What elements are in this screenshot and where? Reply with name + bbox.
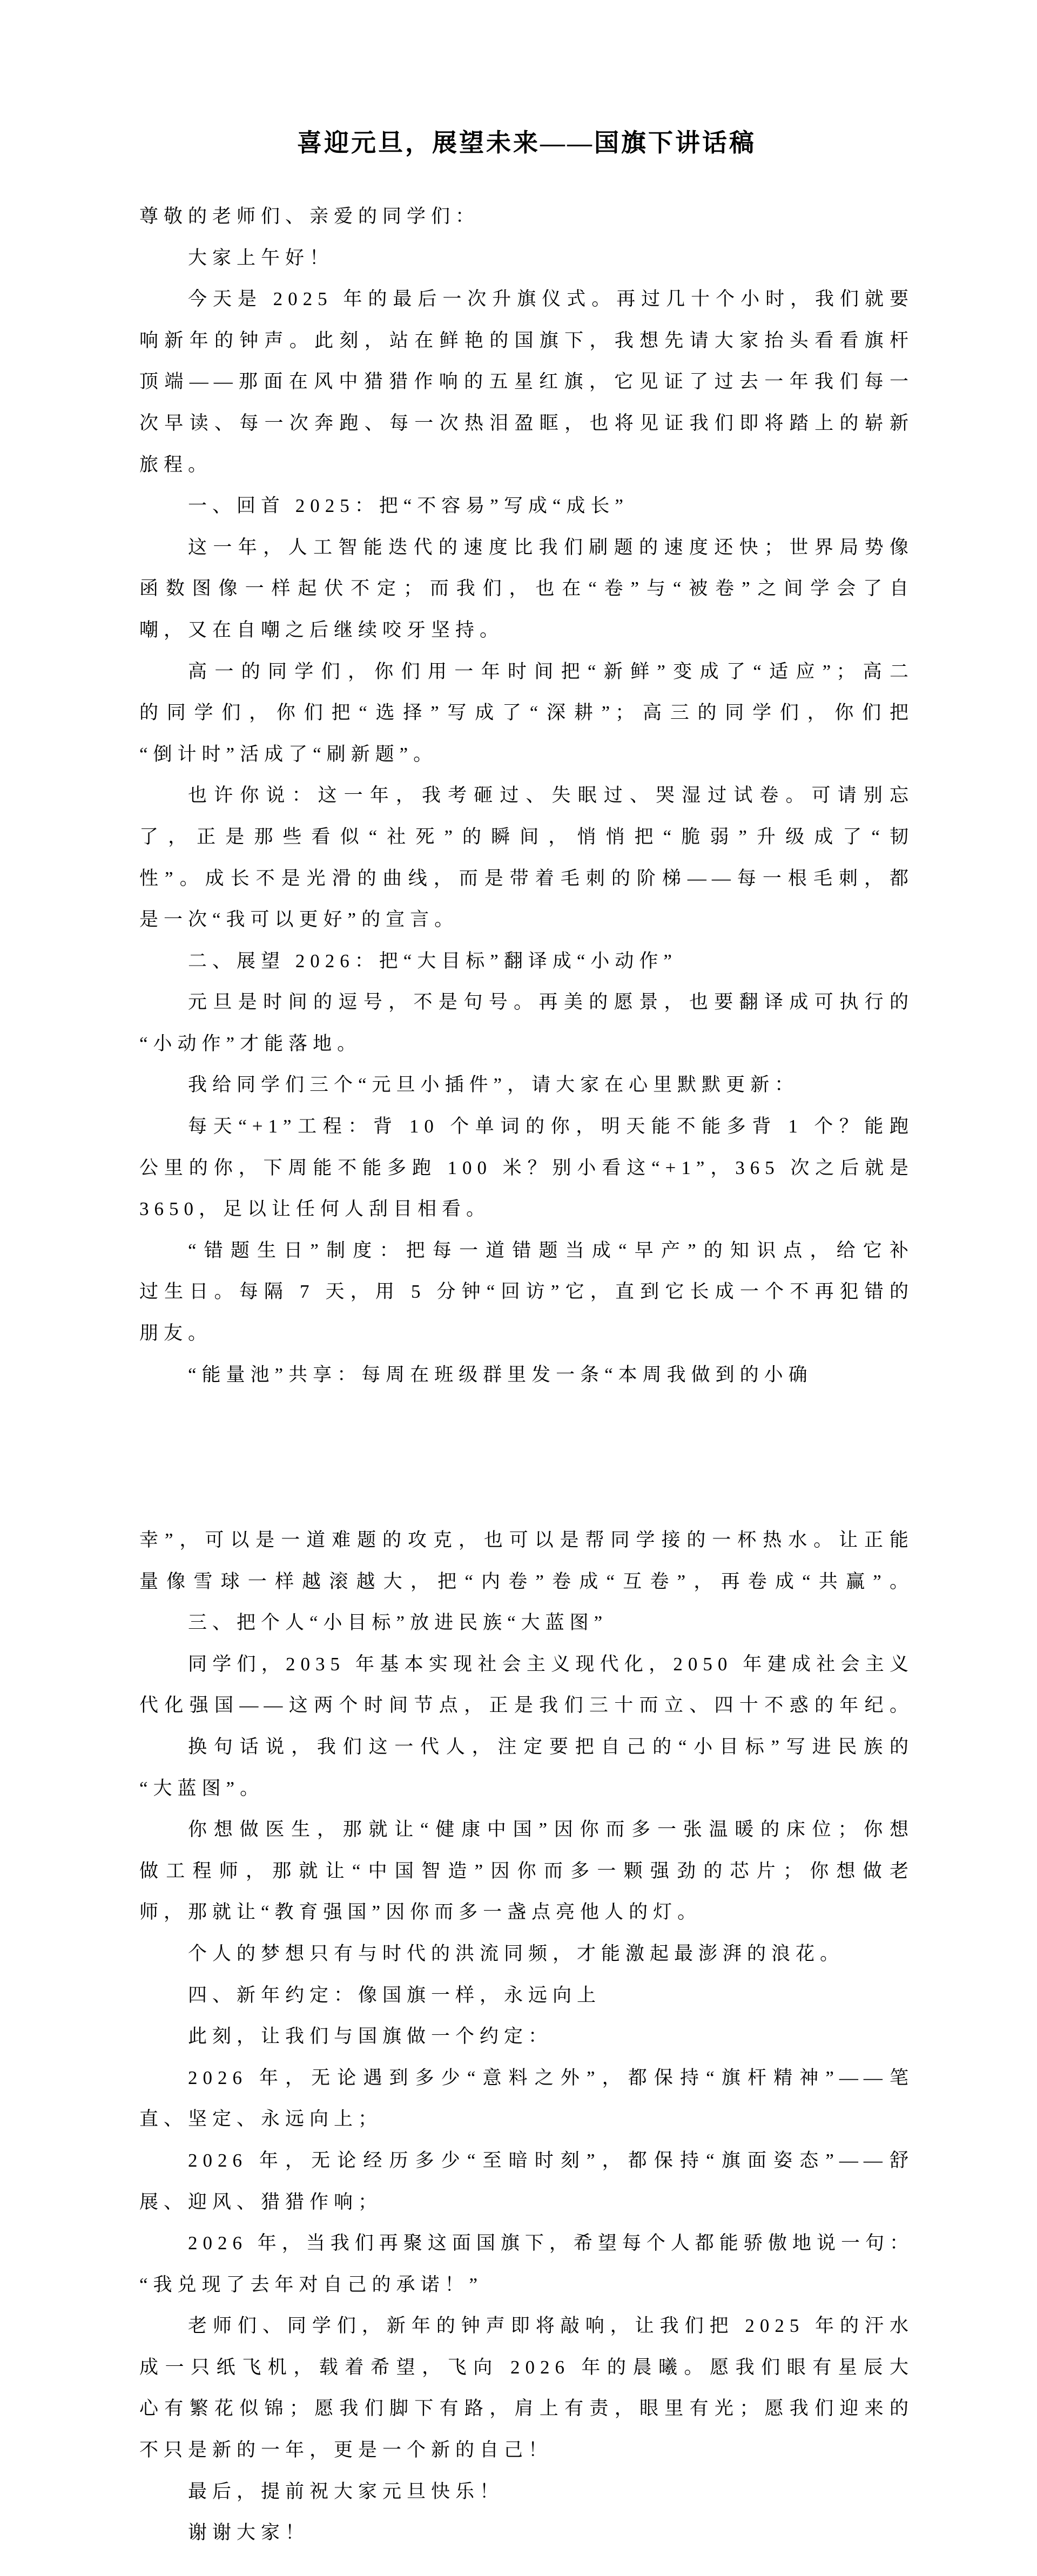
text-line: 你想做医生，那就让“健康中国”因你而多一张温暖的床位；你想 (139, 1809, 914, 1851)
text-line: 这一年，人工智能迭代的速度比我们刷题的速度还快；世界局势像 (139, 527, 914, 569)
text-line: 了，正是那些看似“社死”的瞬间，悄悄把“脆弱”升级成了“韧 (139, 817, 914, 858)
text-line: 顶端——那面在风中猎猎作响的五星红旗，它见证了过去一年我们每一 (139, 361, 914, 403)
text-line: 2026 年，无论经历多少“至暗时刻”，都保持“旗面姿态”——舒 (139, 2140, 914, 2182)
document-title: 喜迎元旦，展望未来——国旗下讲话稿 (139, 122, 914, 165)
text-line: 做工程师，那就让“中国智造”因你而多一颗强劲的芯片；你想做老 (139, 1851, 914, 1892)
text-line: 最后，提前祝大家元旦快乐！ (139, 2471, 914, 2513)
text-line: 展、迎风、猎猎作响； (139, 2182, 914, 2223)
text-line: 老师们、同学们，新年的钟声即将敲响，让我们把 2025 年的汗水折 (139, 2305, 914, 2347)
page-break-gap (139, 1395, 914, 1520)
text-line: 不只是新的一年，更是一个新的自己！ (139, 2430, 914, 2471)
text-line: 直、坚定、永远向上； (139, 2099, 914, 2140)
text-line: 大家上午好！ (139, 238, 914, 279)
text-line: 四、新年约定：像国旗一样，永远向上 (139, 1975, 914, 2017)
text-line: 谢谢大家！ (139, 2512, 914, 2554)
document-page: 喜迎元旦，展望未来——国旗下讲话稿 尊敬的老师们、亲爱的同学们：大家上午好！今天… (0, 0, 1037, 2554)
text-line: 同学们，2035 年基本实现社会主义现代化，2050 年建成社会主义现 (139, 1644, 914, 1685)
text-line: “能量池”共享：每周在班级群里发一条“本周我做到的小确 (139, 1354, 914, 1396)
text-line: 高一的同学们，你们用一年时间把“新鲜”变成了“适应”；高二 (139, 651, 914, 693)
text-line: 心有繁花似锦；愿我们脚下有路，肩上有责，眼里有光；愿我们迎来的 (139, 2388, 914, 2430)
text-line: 此刻，让我们与国旗做一个约定： (139, 2016, 914, 2058)
text-line: 二、展望 2026：把“大目标”翻译成“小动作” (139, 941, 914, 982)
text-line: 性”。成长不是光滑的曲线，而是带着毛刺的阶梯——每一根毛刺，都 (139, 858, 914, 900)
text-line: 个人的梦想只有与时代的洪流同频，才能激起最澎湃的浪花。 (139, 1933, 914, 1975)
text-line: 元旦是时间的逗号，不是句号。再美的愿景，也要翻译成可执行的 (139, 982, 914, 1023)
text-line: 师，那就让“教育强国”因你而多一盏点亮他人的灯。 (139, 1892, 914, 1933)
text-line: 响新年的钟声。此刻，站在鲜艳的国旗下，我想先请大家抬头看看旗杆 (139, 320, 914, 362)
text-line: 三、把个人“小目标”放进民族“大蓝图” (139, 1602, 914, 1644)
text-line: “大蓝图”。 (139, 1768, 914, 1810)
text-line: “倒计时”活成了“刷新题”。 (139, 734, 914, 776)
text-line: 2026 年，当我们再聚这面国旗下，希望每个人都能骄傲地说一句： (139, 2223, 914, 2264)
text-line: 嘲，又在自嘲之后继续咬牙坚持。 (139, 610, 914, 651)
text-line: “错题生日”制度：把每一道错题当成“早产”的知识点，给它补 (139, 1230, 914, 1272)
text-line: 量像雪球一样越滚越大，把“内卷”卷成“互卷”，再卷成“共赢”。 (139, 1561, 914, 1603)
text-line: 2026 年，无论遇到多少“意料之外”，都保持“旗杆精神”——笔 (139, 2058, 914, 2099)
text-line: 的同学们，你们把“选择”写成了“深耕”；高三的同学们，你们把 (139, 692, 914, 734)
text-line: 朋友。 (139, 1313, 914, 1354)
text-line: 3650，足以让任何人刮目相看。 (139, 1189, 914, 1230)
text-line: 旅程。 (139, 444, 914, 486)
text-line: 代化强国——这两个时间节点，正是我们三十而立、四十不惑的年纪。 (139, 1685, 914, 1727)
text-line: 幸”，可以是一道难题的攻克，也可以是帮同学接的一杯热水。让正能 (139, 1520, 914, 1561)
text-line: “小动作”才能落地。 (139, 1023, 914, 1065)
text-line: 一、回首 2025：把“不容易”写成“成长” (139, 485, 914, 527)
text-line: 尊敬的老师们、亲爱的同学们： (139, 196, 914, 238)
text-line: 换句话说，我们这一代人，注定要把自己的“小目标”写进民族的 (139, 1727, 914, 1768)
text-line: 过生日。每隔 7 天，用 5 分钟“回访”它，直到它长成一个不再犯错的 (139, 1271, 914, 1313)
text-line: 函数图像一样起伏不定；而我们，也在“卷”与“被卷”之间学会了自 (139, 568, 914, 610)
text-line: 次早读、每一次奔跑、每一次热泪盈眶，也将见证我们即将踏上的崭新 (139, 403, 914, 444)
text-line: 成一只纸飞机，载着希望，飞向 2026 年的晨曦。愿我们眼有星辰大海， (139, 2347, 914, 2389)
text-line: 也许你说：这一年，我考砸过、失眠过、哭湿过试卷。可请别忘 (139, 775, 914, 817)
text-line: 今天是 2025 年的最后一次升旗仪式。再过几十个小时，我们就要敲 (139, 279, 914, 320)
text-line: 我给同学们三个“元旦小插件”，请大家在心里默默更新： (139, 1064, 914, 1106)
text-line: 公里的你，下周能不能多跑 100 米？别小看这“+1”，365 次之后就是 (139, 1148, 914, 1189)
text-line: “我兑现了去年对自己的承诺！” (139, 2264, 914, 2306)
text-line: 每天“+1”工程：背 10 个单词的你，明天能不能多背 1 个？能跑 3 (139, 1106, 914, 1148)
text-line: 是一次“我可以更好”的宣言。 (139, 899, 914, 941)
document-body: 尊敬的老师们、亲爱的同学们：大家上午好！今天是 2025 年的最后一次升旗仪式。… (139, 196, 914, 2554)
